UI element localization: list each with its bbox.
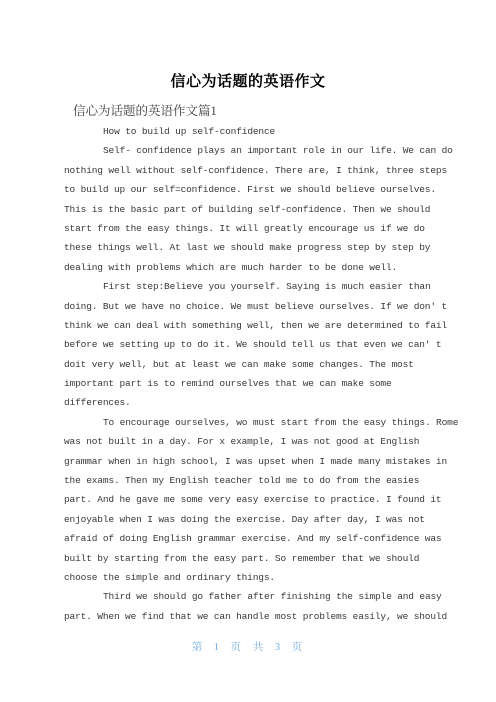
body-line: the exams. Then my English teacher told … [64,471,459,490]
body-line: built by starting from the easy part. So… [64,549,459,568]
body-line: these things well. At last we should mak… [64,238,459,257]
body-line: afraid of doing English grammar exercise… [64,529,459,548]
body-line: dealing with problems which are much har… [64,258,459,277]
document-page: 信心为话题的英语作文 信心为话题的英语作文篇1 How to build up … [0,0,496,702]
body-line: First step:Believe you yourself. Saying … [64,277,459,296]
body-line: doing. But we have no choice. We must be… [64,297,459,316]
body-line: This is the basic part of building self-… [64,200,459,219]
body-line: grammar when in high school, I was upset… [64,452,459,471]
body-line: Third we should go father after finishin… [64,587,459,606]
body-line: important part is to remind ourselves th… [64,374,459,393]
section-subtitle: 信心为话题的英语作文篇1 [73,101,217,119]
body-line: nothing well without self-confidence. Th… [64,161,459,180]
body-line: choose the simple and ordinary things. [64,568,459,587]
body-line: to build up our self=confidence. First w… [64,180,459,199]
body-line: was not built in a day. For x example, I… [64,432,459,451]
body-line: part. And he gave me some very easy exer… [64,490,459,509]
essay-body: How to build up self-confidenceSelf- con… [64,122,459,626]
body-line: enjoyable when I was doing the exercise.… [64,510,459,529]
body-line: How to build up self-confidence [64,122,459,141]
body-line: before we setting up to do it. We should… [64,335,459,354]
body-line: Self- confidence plays an important role… [64,141,459,160]
body-line: part. When we find that we can handle mo… [64,607,459,626]
body-line: differences. [64,393,459,412]
body-line: start from the easy things. It will grea… [64,219,459,238]
body-line: To encourage ourselves, wo must start fr… [64,413,459,432]
page-number-footer: 第 1 页 共 3 页 [0,639,496,654]
body-line: doit very well, but at least we can make… [64,355,459,374]
document-title: 信心为话题的英语作文 [0,70,496,91]
body-line: think we can deal with something well, t… [64,316,459,335]
